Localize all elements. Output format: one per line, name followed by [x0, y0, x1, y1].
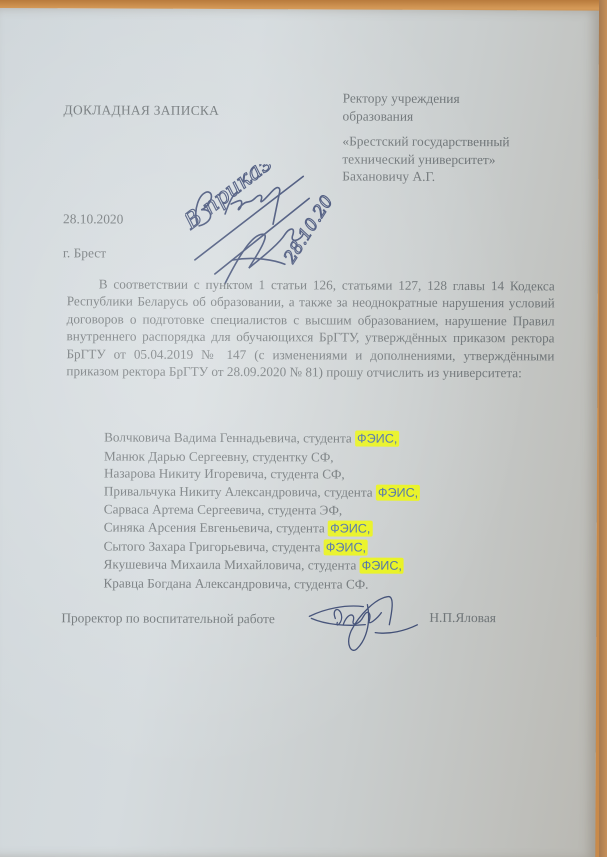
addressee-line: образования — [342, 107, 509, 125]
student-list-item: Манюк Дарью Сергеевну, студентку СФ, — [104, 447, 420, 466]
wood-surface-right — [599, 0, 607, 857]
student-name: Сарваса Артема Сергеевича, студента — [104, 502, 320, 518]
student-list: Волчковича Вадима Геннадьевича, студента… — [103, 428, 420, 593]
document-title: ДОКЛАДНАЯ ЗАПИСКА — [64, 101, 220, 120]
document-page: ДОКЛАДНАЯ ЗАПИСКА Ректору учреждения обр… — [0, 8, 599, 857]
student-list-item: Волчковича Вадима Геннадьевича, студента… — [104, 428, 420, 448]
signer-signature — [305, 594, 435, 665]
body-paragraph: В соответствии с пунктом 1 статьи 126, с… — [66, 275, 554, 382]
highlighted-faculty: ФЭИС, — [360, 558, 404, 574]
student-name: Назарова Никиту Игоревича, студента — [104, 466, 322, 482]
student-name: Якушевича Михаила Михайловича, студента — [104, 557, 360, 573]
student-name: Привальчука Никиту Александровича, студе… — [104, 483, 376, 499]
student-faculty: СФ, — [322, 467, 345, 482]
highlighted-faculty: ФЭИС, — [376, 484, 420, 500]
student-faculty: СФ, — [311, 449, 334, 464]
addressee-block: Ректору учреждения образования «Брестски… — [342, 89, 510, 185]
addressee-line: Ректору учреждения — [343, 89, 510, 107]
student-name: Синяка Арсения Евгеньевича, студента — [104, 519, 328, 535]
highlighted-faculty: ФЭИС, — [355, 431, 399, 447]
highlighted-faculty: ФЭИС, — [324, 539, 368, 555]
student-list-item: Назарова Никиту Игоревича, студента СФ, — [104, 465, 420, 484]
document-city: г. Брест — [63, 244, 106, 262]
signer-name: Н.П.Яловая — [429, 609, 496, 627]
highlighted-faculty: ФЭИС, — [328, 520, 372, 536]
addressee-name: Бахановичу А.Г. — [342, 167, 509, 185]
student-list-item: Сарваса Артема Сергеевича, студента ЭФ, — [104, 501, 420, 520]
student-faculty: СФ. — [346, 576, 369, 591]
student-list-item: Сытого Захара Григорьевича, студента ФЭИ… — [104, 537, 420, 557]
resolution-date: 28.10.20 — [280, 192, 338, 268]
student-name: Сытого Захара Григорьевича, студента — [104, 538, 324, 554]
student-name: Кравца Богдана Александровича, студента — [103, 575, 346, 591]
resolution-text: В приказ — [185, 164, 277, 235]
student-faculty: ЭФ, — [320, 503, 343, 518]
addressee-line: технический университет» — [342, 150, 509, 168]
addressee-line: «Брестский государственный — [342, 132, 509, 150]
student-name: Волчковича Вадима Геннадьевича, студента — [104, 429, 355, 445]
student-list-item: Якушевича Михаила Михайловича, студента … — [104, 556, 420, 576]
document-date: 28.10.2020 — [63, 210, 123, 228]
student-list-item: Кравца Богдана Александровича, студента … — [103, 574, 419, 593]
student-list-item: Привальчука Никиту Александровича, студе… — [104, 482, 420, 502]
student-list-item: Синяка Арсения Евгеньевича, студента ФЭИ… — [104, 518, 420, 538]
student-name: Манюк Дарью Сергеевну, студентку — [104, 448, 311, 464]
signer-position: Проректор по воспитательной работе — [61, 609, 275, 628]
